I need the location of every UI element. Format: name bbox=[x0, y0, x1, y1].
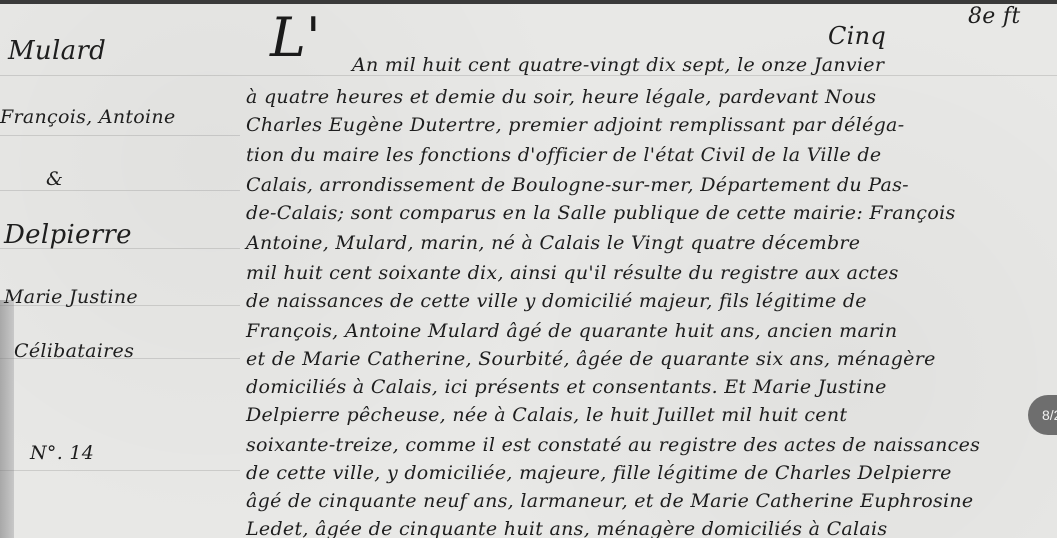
register-page: 8e ft Mulard François, Antoine & Delpier… bbox=[0, 0, 1057, 538]
text-line: domiciliés à Calais, ici présents et con… bbox=[246, 376, 887, 398]
text-line: de-Calais; sont comparus en la Salle pub… bbox=[246, 202, 956, 224]
bride-given-names: Marie Justine bbox=[4, 286, 138, 308]
bride-surname: Delpierre bbox=[4, 220, 132, 250]
ruled-line bbox=[0, 190, 240, 191]
folio-mark: 8e ft bbox=[968, 4, 1021, 29]
page-binding-edge bbox=[0, 300, 14, 538]
text-line: et de Marie Catherine, Sourbité, âgée de… bbox=[246, 348, 936, 370]
text-line: An mil huit cent quatre-vingt dix sept, … bbox=[352, 54, 884, 76]
text-line: âgé de cinquante neuf ans, larmaneur, et… bbox=[246, 490, 973, 512]
text-line: à quatre heures et demie du soir, heure … bbox=[246, 86, 876, 108]
text-line: Antoine, Mulard, marin, né à Calais le V… bbox=[246, 232, 860, 254]
decorative-initial: L' bbox=[270, 6, 321, 69]
text-line: de cette ville, y domiciliée, majeure, f… bbox=[246, 462, 952, 484]
groom-surname: Mulard bbox=[8, 36, 106, 66]
groom-given-names: François, Antoine bbox=[0, 106, 176, 128]
conjunction: & bbox=[46, 168, 63, 190]
page-indicator-text: 8/2 bbox=[1042, 407, 1057, 423]
text-line: François, Antoine Mulard âgé de quarante… bbox=[246, 320, 897, 342]
inserted-word: Cinq bbox=[828, 22, 886, 50]
text-line: soixante-treize, comme il est constaté a… bbox=[246, 434, 980, 456]
text-line: mil huit cent soixante dix, ainsi qu'il … bbox=[246, 262, 899, 284]
text-line: Calais, arrondissement de Boulogne-sur-m… bbox=[246, 174, 909, 196]
entry-number: N°. 14 bbox=[30, 442, 94, 464]
text-line: Charles Eugène Dutertre, premier adjoint… bbox=[246, 114, 904, 136]
ruled-line bbox=[0, 135, 240, 136]
text-line: tion du maire les fonctions d'officier d… bbox=[246, 144, 881, 166]
marital-status: Célibataires bbox=[14, 340, 134, 362]
text-line: de naissances de cette ville y domicilié… bbox=[246, 290, 867, 312]
text-line: Ledet, âgée de cinquante huit ans, ménag… bbox=[246, 518, 887, 538]
text-line: Delpierre pêcheuse, née à Calais, le hui… bbox=[246, 404, 847, 426]
ruled-line bbox=[0, 470, 240, 471]
page-top-edge bbox=[0, 0, 1057, 4]
